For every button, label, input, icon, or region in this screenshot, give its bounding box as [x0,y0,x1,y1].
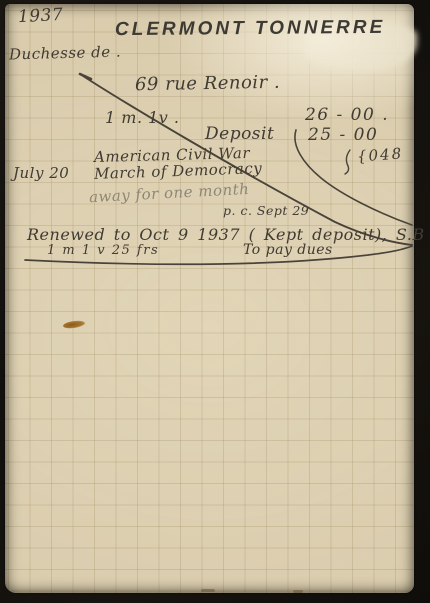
address-line: 69 rue Renoir . [135,72,280,96]
loan-date: July 20 [13,164,69,182]
member-title: Duchesse de . [9,43,122,64]
account-brace [345,150,350,174]
account-mark: {048 [356,144,403,165]
postcard-note: p. c. Sept 29 [223,203,309,218]
dues-note: To pay dues [243,242,333,258]
subscription-terms: 1 m. 1v . [105,108,180,127]
renewal-line: Renewed to Oct 9 1937 ( Kept deposit), S… [27,225,430,244]
edge-nick [201,589,215,592]
strike-line-start-hook [80,74,91,79]
year-label: 1937 [18,5,64,27]
subscription-amount: 26 - 00 . [305,105,389,125]
ink-stain [63,320,86,330]
deposit-amount: 25 - 00 [308,125,378,145]
member-name: CLERMONT TONNERRE [115,17,385,41]
renewal-terms: 1 m 1 v 25 frs [47,243,159,258]
edge-nick [293,590,303,593]
deposit-label: Deposit [205,124,274,144]
library-card: 1937 CLERMONT TONNERRE Duchesse de . 69 … [5,4,414,593]
